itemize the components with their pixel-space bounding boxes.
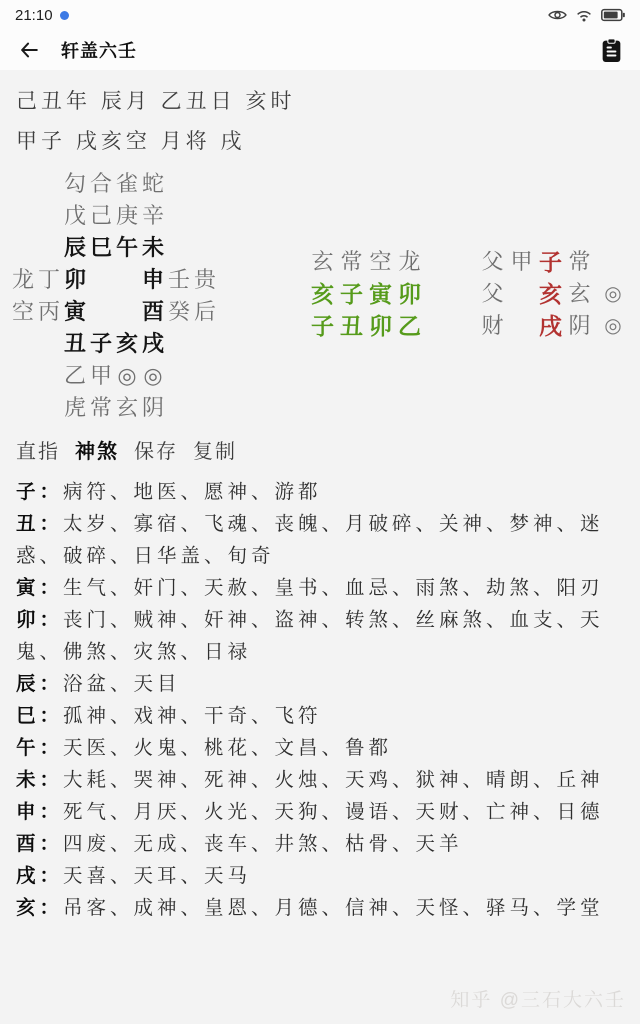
plate-branch-cell: 卯 — [62, 264, 88, 296]
plate-general-cell: 常 — [88, 392, 114, 424]
plate-row: 空 丙 寅 酉 癸 后 — [10, 296, 218, 328]
branch-cell: 戌 — [536, 310, 565, 342]
shensha-row-yin: 寅：生气、奸门、天赦、皇书、血忌、雨煞、劫煞、阳刃 — [16, 572, 624, 604]
plate-general-cell: 玄 — [114, 392, 140, 424]
branch-cell: 子 — [536, 246, 565, 278]
shensha-names: 生气、奸门、天赦、皇书、血忌、雨煞、劫煞、阳刃 — [63, 577, 604, 599]
transmission-row: 父 亥 玄 ◎ — [478, 278, 626, 310]
plate-row: 虎 常 玄 阴 — [10, 392, 218, 424]
plate-stem-cell: 乙 — [62, 360, 88, 392]
general-cell: 玄 — [565, 278, 594, 310]
plate-branch-cell: 申 — [140, 264, 166, 296]
status-left: 21:10 — [15, 7, 69, 24]
clipboard-button[interactable] — [597, 36, 625, 64]
plate-stem-cell: 丁 — [36, 264, 62, 296]
shensha-names: 死气、月厌、火光、天狗、谩语、天财、亡神、日德 — [63, 801, 604, 823]
branch-label: 子： — [16, 481, 63, 503]
lesson-lower-cell: 丑 — [337, 310, 366, 342]
screen: 21:10 轩盖六壬 — [0, 0, 640, 1024]
plate-general-cell: 蛇 — [140, 168, 166, 200]
lesson-general-cell: 龙 — [395, 246, 424, 278]
plate-branch-cell: 午 — [114, 232, 140, 264]
shensha-row-wei: 未：大耗、哭神、死神、火烛、天鸡、狱神、晴朗、丘神 — [16, 764, 624, 796]
plate-row: 勾 合 雀 蛇 — [10, 168, 218, 200]
notification-dot-icon — [60, 11, 69, 20]
lesson-lower-cell: 子 — [308, 310, 337, 342]
stem-cell — [507, 278, 536, 310]
shensha-row-chen: 辰：浴盆、天目 — [16, 668, 624, 700]
general-cell: 阴 — [565, 310, 594, 342]
branch-label: 寅： — [16, 577, 63, 599]
relation-cell: 父 — [478, 246, 507, 278]
plate-branch-cell: 未 — [140, 232, 166, 264]
battery-icon — [601, 8, 625, 22]
plate-general-cell: 阴 — [140, 392, 166, 424]
shensha-names: 四废、无成、丧车、井煞、枯骨、天羊 — [63, 833, 463, 855]
back-button[interactable] — [15, 36, 43, 64]
shensha-list: 子：病符、地医、愿神、游都 丑：太岁、寡宿、飞魂、丧魄、月破碎、关神、梦神、迷惑… — [16, 476, 624, 924]
liuren-chart: 勾 合 雀 蛇 戊 己 庚 辛 辰 巳 午 未 龙 丁 卯 — [0, 168, 640, 424]
lesson-upper-cell: 亥 — [308, 278, 337, 310]
plate-empty-cell — [114, 296, 140, 328]
stem-cell: 甲 — [507, 246, 536, 278]
clipboard-icon — [601, 38, 622, 63]
four-lessons: 玄 常 空 龙 亥 子 寅 卯 子 丑 卯 乙 — [308, 246, 424, 342]
watermark: 知乎 @三石大六壬 — [450, 985, 626, 1012]
shensha-names: 天医、火鬼、桃花、文昌、鲁都 — [63, 737, 392, 759]
tab-copy[interactable]: 复制 — [193, 438, 237, 466]
branch-label: 戌： — [16, 865, 63, 887]
shensha-row-zi: 子：病符、地医、愿神、游都 — [16, 476, 624, 508]
plate-stem-cell: 辛 — [140, 200, 166, 232]
plate-general-cell: 空 — [10, 296, 36, 328]
shensha-row-you: 酉：四废、无成、丧车、井煞、枯骨、天羊 — [16, 828, 624, 860]
plate-general-cell: 后 — [192, 296, 218, 328]
plate-stem-cell: 壬 — [166, 264, 192, 296]
plate-general-cell: 雀 — [114, 168, 140, 200]
plate-branch-cell: 巳 — [88, 232, 114, 264]
shensha-names: 天喜、天耳、天马 — [63, 865, 251, 887]
lesson-lower-cell: 乙 — [395, 310, 424, 342]
xun-kong-line: 甲子 戌亥空 月将 戌 — [16, 122, 640, 162]
shensha-row-shen: 申：死气、月厌、火光、天狗、谩语、天财、亡神、日德 — [16, 796, 624, 828]
date-pillars-line: 己丑年 辰月 乙丑日 亥时 — [16, 82, 640, 122]
plate-general-cell: 龙 — [10, 264, 36, 296]
plate-stem-cell: 庚 — [114, 200, 140, 232]
shensha-names: 太岁、寡宿、飞魂、丧魄、月破碎、关神、梦神、迷惑、破碎、日华盖、旬奇 — [16, 513, 604, 567]
plate-mark-cell: ◎ — [140, 360, 166, 392]
plate-branch-cell: 丑 — [62, 328, 88, 360]
lesson-general-cell: 玄 — [308, 246, 337, 278]
shensha-row-si: 巳：孤神、戏神、干奇、飞符 — [16, 700, 624, 732]
lesson-upper-cell: 子 — [337, 278, 366, 310]
plate-mark-cell: ◎ — [114, 360, 140, 392]
plate-row: 戊 己 庚 辛 — [10, 200, 218, 232]
back-arrow-icon — [18, 39, 40, 61]
branch-label: 未： — [16, 769, 63, 791]
shensha-row-hai: 亥：吊客、成神、皇恩、月德、信神、天怪、驿马、学堂 — [16, 892, 624, 924]
lesson-upper-cell: 寅 — [366, 278, 395, 310]
plate-general-cell: 贵 — [192, 264, 218, 296]
void-mark-cell — [600, 246, 626, 278]
branch-label: 巳： — [16, 705, 63, 727]
stem-cell — [507, 310, 536, 342]
tab-zhizhi[interactable]: 直指 — [16, 438, 60, 466]
branch-label: 卯： — [16, 609, 63, 631]
lessons-upper-row: 亥 子 寅 卯 — [308, 278, 424, 310]
relation-cell: 父 — [478, 278, 507, 310]
plate-stem-cell: 甲 — [88, 360, 114, 392]
lesson-upper-cell: 卯 — [395, 278, 424, 310]
plate-branch-cell: 子 — [88, 328, 114, 360]
clock-text: 21:10 — [15, 7, 53, 24]
tab-save[interactable]: 保存 — [134, 438, 178, 466]
lessons-lower-row: 子 丑 卯 乙 — [308, 310, 424, 342]
shensha-names: 病符、地医、愿神、游都 — [63, 481, 322, 503]
plate-general-cell: 虎 — [62, 392, 88, 424]
shensha-names: 浴盆、天目 — [63, 673, 181, 695]
plate-general-cell: 勾 — [62, 168, 88, 200]
shensha-names: 大耗、哭神、死神、火烛、天鸡、狱神、晴朗、丘神 — [63, 769, 604, 791]
plate-general-cell: 合 — [88, 168, 114, 200]
lesson-general-cell: 空 — [366, 246, 395, 278]
plate-row: 龙 丁 卯 申 壬 贵 — [10, 264, 218, 296]
branch-cell: 亥 — [536, 278, 565, 310]
heaven-earth-plate: 勾 合 雀 蛇 戊 己 庚 辛 辰 巳 午 未 龙 丁 卯 — [10, 168, 218, 424]
plate-empty-cell — [88, 264, 114, 296]
case-header: 己丑年 辰月 乙丑日 亥时 甲子 戌亥空 月将 戌 — [16, 82, 640, 162]
branch-label: 午： — [16, 737, 63, 759]
status-bar: 21:10 — [0, 0, 640, 30]
general-cell: 常 — [565, 246, 594, 278]
plate-branch-cell: 辰 — [62, 232, 88, 264]
shensha-names: 孤神、戏神、干奇、飞符 — [63, 705, 322, 727]
three-transmissions: 父 甲 子 常 父 亥 玄 ◎ 财 戌 阴 ◎ — [478, 246, 626, 342]
lesson-general-cell: 常 — [337, 246, 366, 278]
plate-row: 丑 子 亥 戌 — [10, 328, 218, 360]
branch-label: 亥： — [16, 897, 63, 919]
transmission-row: 父 甲 子 常 — [478, 246, 626, 278]
shensha-row-xu: 戌：天喜、天耳、天马 — [16, 860, 624, 892]
shensha-row-wu: 午：天医、火鬼、桃花、文昌、鲁都 — [16, 732, 624, 764]
plate-empty-cell — [114, 264, 140, 296]
plate-stem-cell: 戊 — [62, 200, 88, 232]
branch-label: 申： — [16, 801, 63, 823]
transmission-row: 财 戌 阴 ◎ — [478, 310, 626, 342]
branch-label: 丑： — [16, 513, 63, 535]
lesson-lower-cell: 卯 — [366, 310, 395, 342]
status-right — [548, 8, 625, 22]
plate-branch-cell: 酉 — [140, 296, 166, 328]
plate-row: 乙 甲 ◎ ◎ — [10, 360, 218, 392]
wifi-icon — [575, 8, 593, 22]
void-mark-cell: ◎ — [600, 278, 626, 310]
relation-cell: 财 — [478, 310, 507, 342]
shensha-row-chou: 丑：太岁、寡宿、飞魂、丧魄、月破碎、关神、梦神、迷惑、破碎、日华盖、旬奇 — [16, 508, 624, 572]
shensha-row-mao: 卯：丧门、贼神、奸神、盗神、转煞、丝麻煞、血支、天鬼、佛煞、灾煞、日禄 — [16, 604, 624, 668]
plate-branch-cell: 戌 — [140, 328, 166, 360]
plate-stem-cell: 癸 — [166, 296, 192, 328]
plate-empty-cell — [88, 296, 114, 328]
tab-bar: 直指 神煞 保存 复制 — [16, 438, 640, 466]
branch-label: 酉： — [16, 833, 63, 855]
eye-icon — [548, 8, 567, 22]
plate-row: 辰 巳 午 未 — [10, 232, 218, 264]
shensha-names: 吊客、成神、皇恩、月德、信神、天怪、驿马、学堂 — [63, 897, 604, 919]
page-title: 轩盖六壬 — [61, 37, 137, 63]
plate-stem-cell: 丙 — [36, 296, 62, 328]
shensha-names: 丧门、贼神、奸神、盗神、转煞、丝麻煞、血支、天鬼、佛煞、灾煞、日禄 — [16, 609, 604, 663]
app-bar: 轩盖六壬 — [0, 30, 640, 70]
plate-stem-cell: 己 — [88, 200, 114, 232]
tab-shensha[interactable]: 神煞 — [75, 438, 119, 466]
plate-branch-cell: 寅 — [62, 296, 88, 328]
void-mark-cell: ◎ — [600, 310, 626, 342]
lessons-generals-row: 玄 常 空 龙 — [308, 246, 424, 278]
plate-branch-cell: 亥 — [114, 328, 140, 360]
branch-label: 辰： — [16, 673, 63, 695]
